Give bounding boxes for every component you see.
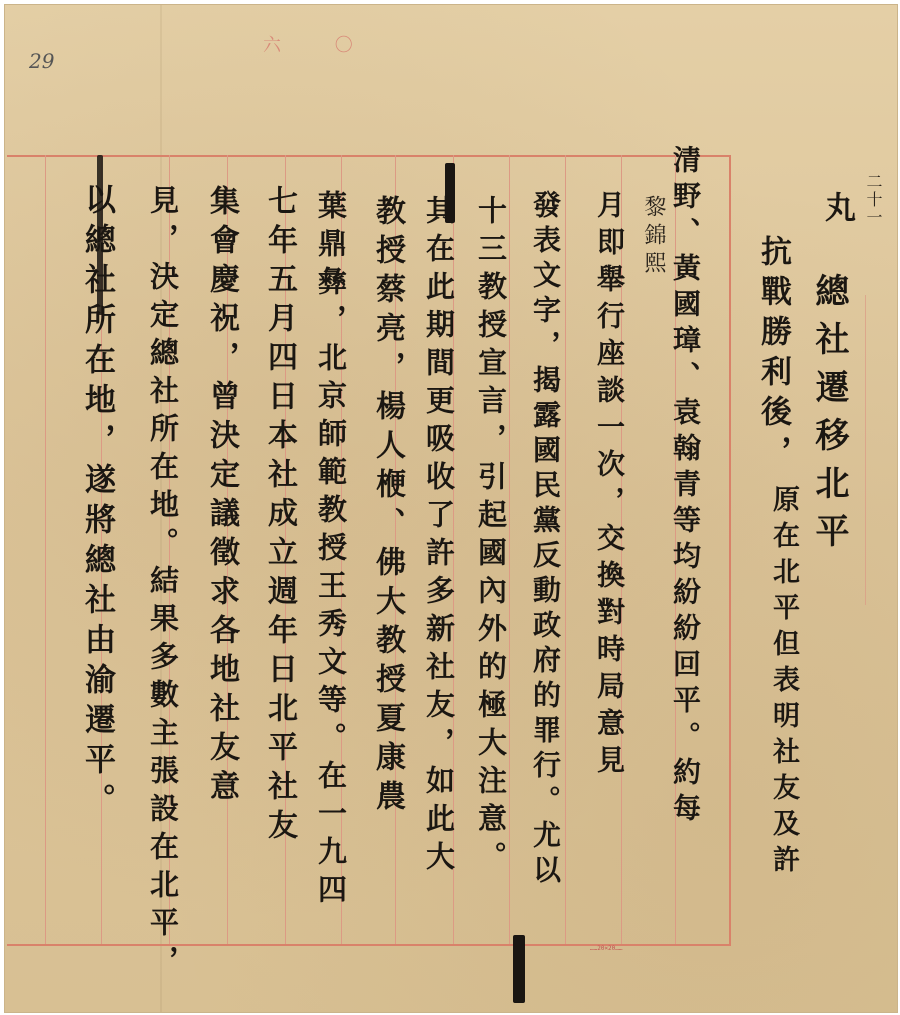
- text-column: 抗戰勝利後，: [753, 235, 793, 475]
- ink-margin-stroke: [97, 155, 103, 315]
- header-corner-note: 二十一: [853, 173, 893, 227]
- rule-line: [45, 155, 46, 944]
- text-column: 七年五月四日本社成立週年日北平社友: [259, 185, 299, 848]
- text-column: 葉鼎彝，北京師範教授王秀文等。在一九四: [311, 190, 351, 912]
- text-column-annotation: 黎錦熙: [633, 195, 673, 279]
- text-column: 原在北平但表明社友及許: [763, 485, 803, 881]
- text-column: 十三教授宣言，引起國內外的極大注意。: [471, 195, 511, 879]
- red-pencil-mark: 六 〇: [263, 31, 377, 57]
- text-column: 集會慶祝，曾決定議徵求各地社友意: [201, 185, 241, 809]
- printer-mark: ……20×20……: [590, 945, 623, 952]
- rule-line: [865, 295, 866, 605]
- text-column: 教授蔡亮，楊人楩、佛大教授夏康農: [367, 195, 407, 819]
- ink-deletion-mark: [445, 163, 455, 223]
- page-number: 29: [29, 49, 54, 73]
- text-column: 月即舉行座談一次，交換對時局意見: [589, 190, 629, 782]
- header-mark: 丸: [817, 191, 857, 231]
- document-title: 總社遷移北平: [809, 273, 849, 561]
- manuscript-page: 29 六 〇 二十一 丸 總社遷移北平 抗戰勝利後， 原在北平但表明社友及許 清…: [4, 4, 898, 1013]
- rule-line: [565, 155, 566, 944]
- text-column: 其在此期間更吸收了許多新社友，如此大: [419, 195, 459, 879]
- text-column: 見，決定總社所在地。結果多數主張設在北平，: [143, 185, 183, 983]
- ink-deletion-mark: [513, 935, 525, 1003]
- text-column: 發表文字，揭露國民黨反動政府的罪行。尤以: [525, 190, 565, 890]
